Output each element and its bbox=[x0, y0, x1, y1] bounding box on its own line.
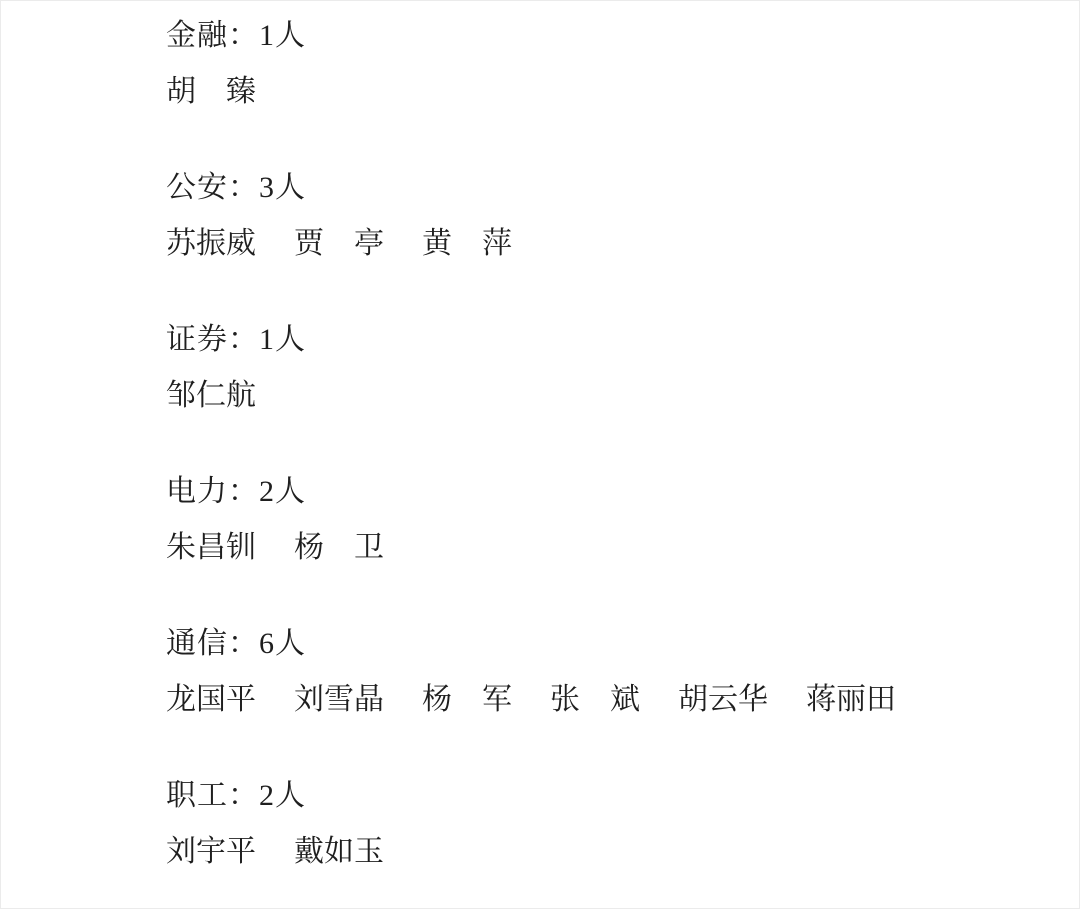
person-name: 邹仁航 bbox=[166, 381, 256, 411]
category-section: 通信：6人 龙国平刘雪晶杨 军张 斌胡云华蒋丽田 bbox=[166, 629, 1049, 715]
category-list: 金融：1人 胡 臻 公安：3人 苏振威贾 亭黄 萍 证券：1人 邹仁航 电力：2… bbox=[166, 21, 1049, 867]
names-row: 胡 臻 bbox=[166, 77, 1049, 107]
person-name: 刘宇平 bbox=[166, 837, 256, 867]
names-row: 刘宇平戴如玉 bbox=[166, 837, 1049, 867]
category-section: 证券：1人 邹仁航 bbox=[166, 325, 1049, 411]
category-section: 金融：1人 胡 臻 bbox=[166, 21, 1049, 107]
person-name: 戴如玉 bbox=[294, 837, 384, 867]
category-label: 公安：3人 bbox=[166, 173, 1049, 203]
names-row: 朱昌钏杨 卫 bbox=[166, 533, 1049, 563]
category-label: 金融：1人 bbox=[166, 21, 1049, 51]
person-name: 杨 军 bbox=[422, 685, 512, 715]
person-name: 龙国平 bbox=[166, 685, 256, 715]
person-name: 蒋丽田 bbox=[806, 685, 896, 715]
category-label: 电力：2人 bbox=[166, 477, 1049, 507]
person-name: 杨 卫 bbox=[294, 533, 384, 563]
category-label: 证券：1人 bbox=[166, 325, 1049, 355]
document-page: 金融：1人 胡 臻 公安：3人 苏振威贾 亭黄 萍 证券：1人 邹仁航 电力：2… bbox=[0, 0, 1080, 909]
person-name: 黄 萍 bbox=[422, 229, 512, 259]
person-name: 张 斌 bbox=[550, 685, 640, 715]
category-label: 职工：2人 bbox=[166, 781, 1049, 811]
category-section: 公安：3人 苏振威贾 亭黄 萍 bbox=[166, 173, 1049, 259]
person-name: 朱昌钏 bbox=[166, 533, 256, 563]
names-row: 龙国平刘雪晶杨 军张 斌胡云华蒋丽田 bbox=[166, 685, 1049, 715]
names-row: 邹仁航 bbox=[166, 381, 1049, 411]
person-name: 胡云华 bbox=[678, 685, 768, 715]
category-label: 通信：6人 bbox=[166, 629, 1049, 659]
person-name: 胡 臻 bbox=[166, 77, 256, 107]
person-name: 刘雪晶 bbox=[294, 685, 384, 715]
person-name: 苏振威 bbox=[166, 229, 256, 259]
names-row: 苏振威贾 亭黄 萍 bbox=[166, 229, 1049, 259]
person-name: 贾 亭 bbox=[294, 229, 384, 259]
category-section: 电力：2人 朱昌钏杨 卫 bbox=[166, 477, 1049, 563]
category-section: 职工：2人 刘宇平戴如玉 bbox=[166, 781, 1049, 867]
